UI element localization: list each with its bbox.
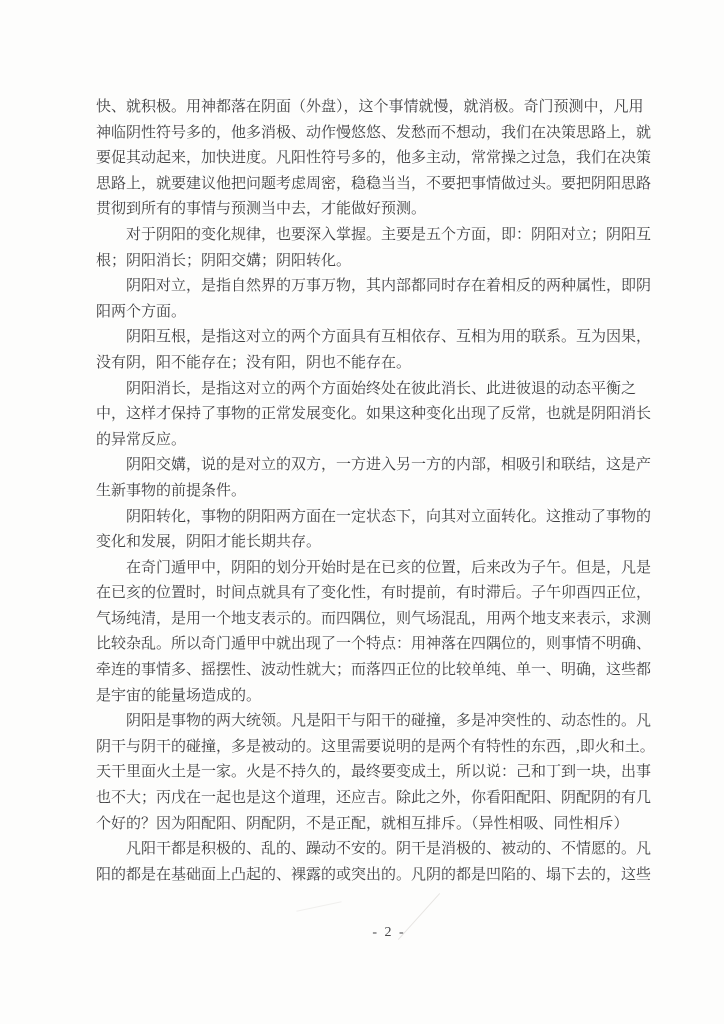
text-line: 气场纯清，是用一个地支表示的。而四隅位，则气场混乱，用两个地支来表示，求测: [96, 607, 654, 633]
paragraph: 对于阴阳的变化规律，也要深入掌握。主要是五个方面，即：阴阳对立；阴阳互根；阴阳消…: [96, 223, 654, 274]
text-line: 没有阴，阳不能存在；没有阳，阴也不能存在。: [96, 351, 654, 377]
paragraph: 阴阳对立，是指自然界的万事万物，其内部都同时存在着相反的两种属性，即阴阳两个方面…: [96, 274, 654, 325]
paragraph: 阴阳交媾，说的是对立的双方，一方进入另一方的内部，相吸引和联结，这是产生新事物的…: [96, 453, 654, 504]
text-line: 阴阳消长，是指这对立的两个方面始终处在彼此消长、此进彼退的动态平衡之: [96, 377, 654, 403]
text-line: 凡阳干都是积极的、乱的、躁动不安的。阴干是消极的、被动的、不情愿的。凡: [96, 837, 654, 863]
paragraph: 阴阳互根，是指这对立的两个方面具有互相依存、互相为用的联系。互为因果，没有阴，阳…: [96, 325, 654, 376]
text-line: 中，这样才保持了事物的正常发展变化。如果这种变化出现了反常，也就是阴阳消长: [96, 402, 654, 428]
text-block: 快、就积极。用神都落在阴面（外盘），这个事情就慢，就消极。奇门预测中，凡用神临阴…: [96, 95, 654, 888]
text-line: 个好的？因为阳配阳、阴配阴，不是正配，就相互排斥。（异性相吸、同性相斥）: [96, 812, 654, 838]
text-line: 对于阴阳的变化规律，也要深入掌握。主要是五个方面，即：阴阳对立；阴阳互: [96, 223, 654, 249]
text-line: 阴阳是事物的两大统领。凡是阳干与阳干的碰撞，多是冲突性的、动态性的。凡: [96, 709, 654, 735]
text-line: 阳两个方面。: [96, 300, 654, 326]
text-line: 根；阴阳消长；阴阳交媾；阴阳转化。: [96, 249, 654, 275]
text-line: 阴干与阴干的碰撞，多是被动的。这里需要说明的是两个有特性的东西，,即火和土。: [96, 735, 654, 761]
document-page: 快、就积极。用神都落在阴面（外盘），这个事情就慢，就消极。奇门预测中，凡用神临阴…: [0, 0, 724, 1024]
text-line: 快、就积极。用神都落在阴面（外盘），这个事情就慢，就消极。奇门预测中，凡用: [96, 95, 654, 121]
text-line: 思路上，就要建议他把问题考虑周密，稳稳当当，不要把事情做过头。要把阴阳思路: [96, 172, 654, 198]
text-line: 变化和发展，阴阳才能长期共存。: [96, 530, 654, 556]
text-line: 阳的都是在基础面上凸起的、裸露的或突出的。凡阴的都是凹陷的、塌下去的，这些: [96, 863, 654, 889]
text-line: 的异常反应。: [96, 428, 654, 454]
paragraph: 阴阳是事物的两大统领。凡是阳干与阳干的碰撞，多是冲突性的、动态性的。凡阴干与阴干…: [96, 709, 654, 837]
paragraph: 在奇门遁甲中，阴阳的划分开始时是在已亥的位置，后来改为子午。但是，凡是在已亥的位…: [96, 556, 654, 710]
text-line: 阴阳转化，事物的阴阳两方面在一定状态下，向其对立面转化。这推动了事物的: [96, 505, 654, 531]
text-line: 也不大；丙戊在一起也是这个道理，还应吉。除此之外，你看阳配阳、阴配阴的有几: [96, 786, 654, 812]
text-line: 比较杂乱。所以奇门遁甲中就出现了一个特点：用神落在四隅位的，则事情不明确、: [96, 632, 654, 658]
paragraph: 快、就积极。用神都落在阴面（外盘），这个事情就慢，就消极。奇门预测中，凡用神临阴…: [96, 95, 654, 223]
page-footer: - 2 -: [27, 921, 724, 945]
text-line: 阴阳交媾，说的是对立的双方，一方进入另一方的内部，相吸引和联结，这是产: [96, 453, 654, 479]
page-number: - 2 -: [372, 925, 405, 940]
text-line: 要促其动起来，加快进度。凡阳性符号多的，他多主动，常常操之过急，我们在决策: [96, 146, 654, 172]
text-line: 阴阳对立，是指自然界的万事万物，其内部都同时存在着相反的两种属性，即阴: [96, 274, 654, 300]
paragraph: 凡阳干都是积极的、乱的、躁动不安的。阴干是消极的、被动的、不情愿的。凡阳的都是在…: [96, 837, 654, 888]
scan-crease: [296, 901, 341, 912]
paragraph: 阴阳转化，事物的阴阳两方面在一定状态下，向其对立面转化。这推动了事物的变化和发展…: [96, 505, 654, 556]
text-line: 是宇宙的能量场造成的。: [96, 684, 654, 710]
text-line: 贯彻到所有的事情与预测当中去，才能做好预测。: [96, 197, 654, 223]
text-line: 天干里面火土是一家。火是不持久的，最终要变成土，所以说：己和丁到一块，出事: [96, 760, 654, 786]
text-line: 在已亥的位置时，时间点就具有了变化性，有时提前，有时滞后。子午卯酉四正位，: [96, 581, 654, 607]
text-line: 神临阴性符号多的，他多消极、动作慢悠悠、发愁而不想动，我们在决策思路上，就: [96, 121, 654, 147]
paragraph: 阴阳消长，是指这对立的两个方面始终处在彼此消长、此进彼退的动态平衡之中，这样才保…: [96, 377, 654, 454]
text-line: 牵连的事情多、摇摆性、波动性就大；而落四正位的比较单纯、单一、明确，这些都: [96, 658, 654, 684]
text-line: 阴阳互根，是指这对立的两个方面具有互相依存、互相为用的联系。互为因果，: [96, 325, 654, 351]
text-line: 生新事物的前提条件。: [96, 479, 654, 505]
text-line: 在奇门遁甲中，阴阳的划分开始时是在已亥的位置，后来改为子午。但是，凡是: [96, 556, 654, 582]
